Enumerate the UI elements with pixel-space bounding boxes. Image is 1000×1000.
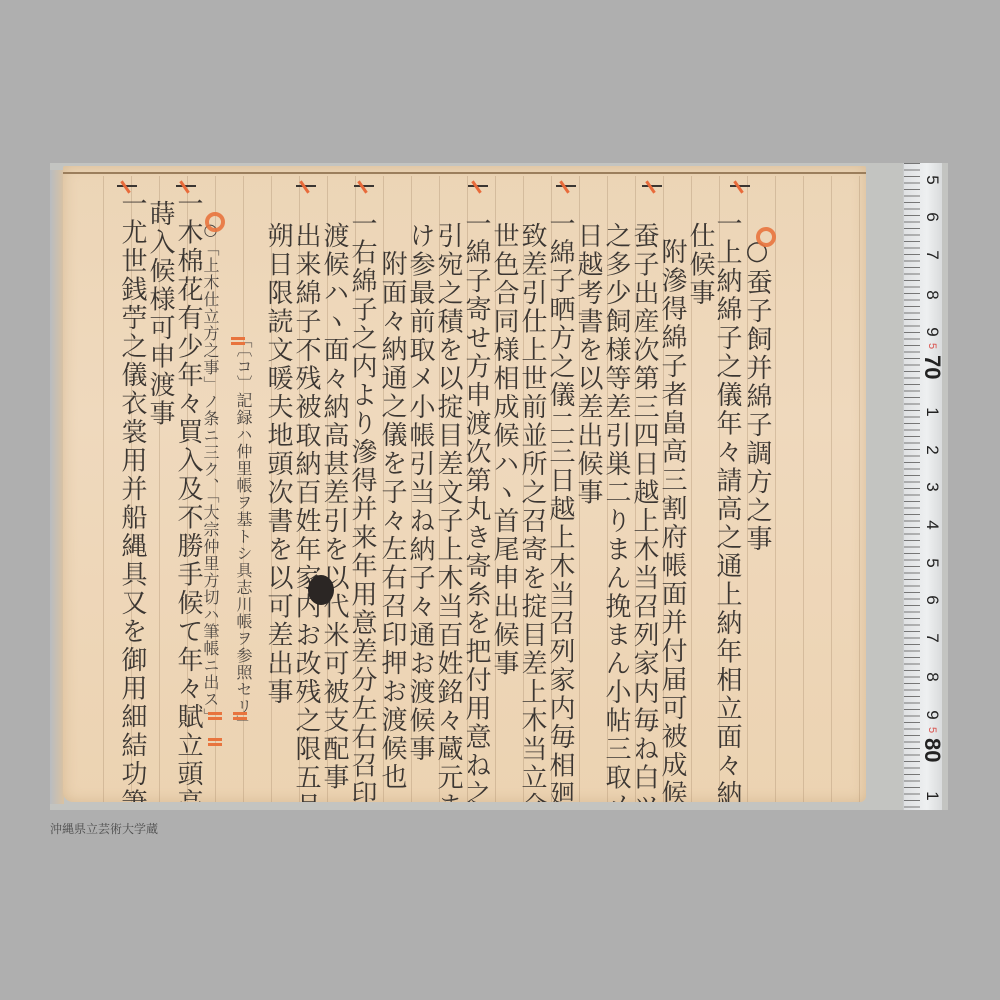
red-check-mark-icon [296,180,316,194]
red-annotation-mark [231,337,245,340]
manuscript-column: 一上納綿子之儀年々請高之通上納年相立面々納高差引 [714,210,740,802]
manuscript-column: 之多少飼様等差引巣二りまん挽まん小帖三取メ五 [603,222,629,802]
red-annotation-mark [208,712,222,715]
page-edge [50,170,64,804]
manuscript-column: ○蚕子飼并綿子調方之事 [744,236,770,554]
manuscript-column: 附面々納通之儀を子々左右召印押お渡候也 [379,250,405,792]
ink-blot [308,575,334,605]
ruler-label: 5 [922,170,942,190]
manuscript-page: ○蚕子飼并綿子調方之事一上納綿子之儀年々請高之通上納年相立面々納高差引仕候事附滲… [63,166,866,802]
ruler-ticks [904,163,920,810]
manuscript-column: 一尤世銭苧之儀衣裳用并船縄具又を御用細結功筆別帋 [119,190,145,802]
manuscript-column: 出来綿子不残被取納百姓年家内お改残之限五月 [293,222,319,802]
red-check-mark-icon [642,180,662,194]
ruler-label: 5 [926,720,938,740]
red-annotation-mark [233,712,247,715]
manuscript-column: 一綿子寄せ方申渡次第丸き寄糸を把付用意ね之三 [463,210,489,802]
ruler-label: 8 [922,285,942,305]
ruled-line [831,176,832,802]
ruled-line [775,176,776,802]
manuscript-column: け参最前取メ小帳引当ね納子々通お渡候事 [407,222,433,764]
red-annotation-mark [208,738,222,741]
red-annotation-mark [231,342,245,345]
ruler-label: 5 [926,336,938,356]
manuscript-column: ○「上木仕立方之事」ノ条ニ三ク、「大宗仲里方切ハ筆帳ニ出ス」 [202,220,218,725]
manuscript-column: 引宛之積を以掟目差文子上木当百姓銘々蔵元まゝ [435,222,461,802]
ruler-label: 4 [922,515,942,535]
ruler-label: 2 [922,440,942,460]
manuscript-column: 附滲得綿子者畠高三割府帳面并付届可被成候也 [659,238,685,802]
red-circle-mark-icon [205,212,225,232]
ruler-label: 8 [922,667,942,687]
red-annotation-mark [233,717,247,720]
red-check-mark-icon [117,180,137,194]
ruler-label: 70 [919,355,945,375]
ruled-line [103,176,104,802]
ruler-label: 6 [922,207,942,227]
collection-caption: 沖縄県立芸術大学蔵 [50,820,158,837]
red-check-mark-icon [176,180,196,194]
ruler-label: 1 [922,786,942,806]
manuscript-column: 一木棉花有少年々買入及不勝手候て年々賦立頭高を以種子 [175,190,201,802]
red-check-mark-icon [730,180,750,194]
manuscript-column: 一右綿子之内より滲得并来年用意差分左右召印紙を以お [349,210,375,802]
top-rule-line [63,172,866,174]
manuscript-column: 渡候ハヽ面々納高甚差引を以代米可被支配事 [321,222,347,792]
ruled-line [803,176,804,802]
red-annotation-mark [208,717,222,720]
manuscript-column: 致差引仕上世前並所之召寄を掟目差上木当立会晒寸 [519,222,545,802]
manuscript-column: 蚕子出産次第三四日越上木当召列家内毎ね白ツ宿 [631,222,657,802]
red-check-mark-icon [354,180,374,194]
manuscript-column: 一綿子晒方之儀二三日越上木当召列家内毎相廻り晒方見分 [547,210,573,802]
red-check-mark-icon [556,180,576,194]
ruler-label: 1 [922,402,942,422]
ruler-label: 7 [922,245,942,265]
manuscript-column: 世色合同様相成候ハヽ首尾申出候事 [491,222,517,678]
red-annotation-mark [208,743,222,746]
manuscript-column: 日越考書を以差出候事 [575,222,601,507]
manuscript-column: 朔日限読文暖夫地頭次書を以可差出事 [265,222,291,707]
ruler-label: 80 [919,738,945,758]
measuring-ruler: 567895701234567895801 [903,163,942,810]
manuscript-column: 「〔コ〕記録ハ仲里帳ヲ基トシ具志川帳ヲ参照セリ」 [235,332,251,732]
ruled-line [859,176,860,802]
red-check-mark-icon [468,180,488,194]
ruler-label: 6 [922,590,942,610]
ruler-label: 3 [922,477,942,497]
ruler-label: 5 [922,553,942,573]
manuscript-column: 蒔入候様可申渡事 [147,200,173,428]
ruler-label: 7 [922,628,942,648]
red-circle-mark-icon [756,227,776,247]
manuscript-column: 仕候事 [687,222,713,308]
